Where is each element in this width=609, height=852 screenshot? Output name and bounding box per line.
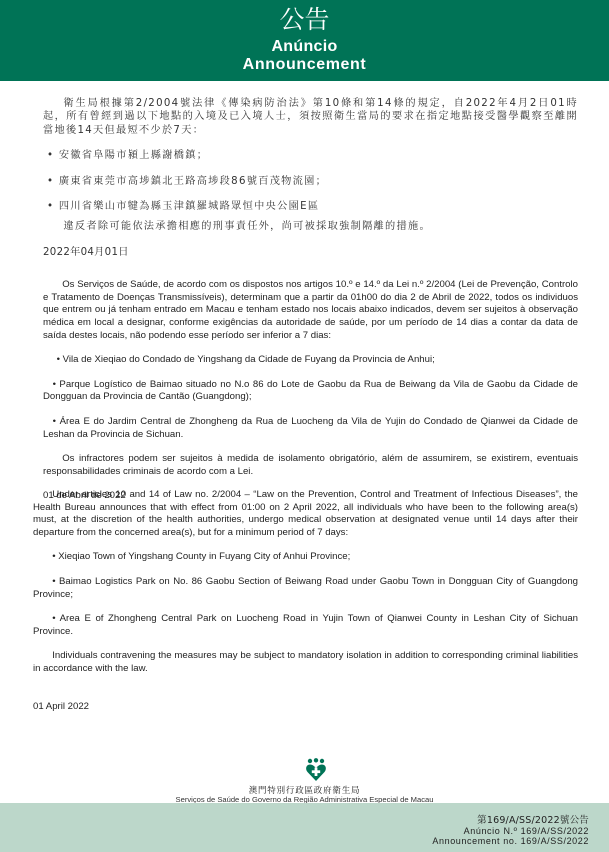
portuguese-location-1: • Vila de Xieqiao do Condado de Yingshan… — [43, 354, 578, 367]
chinese-penalty: 違反者除可能依法承擔相應的刑事責任外，尚可被採取強制隔離的措施。 — [43, 220, 578, 233]
footer-reference-bar: 第169/A/SS/2022號公告 Anúncio N.º 169/A/SS/2… — [0, 803, 609, 852]
english-intro: Under articles 10 and 14 of Law no. 2/20… — [33, 489, 578, 539]
title-portuguese: Anúncio — [0, 38, 609, 56]
english-location-1: • Xieqiao Town of Yingshang County in Fu… — [33, 551, 578, 564]
english-section: Under articles 10 and 14 of Law no. 2/20… — [33, 489, 578, 713]
chinese-section: 衛生局根據第2/2004號法律《傳染病防治法》第10條和第14條的規定，自202… — [43, 97, 578, 503]
announcement-header: 公告 Anúncio Announcement — [0, 0, 609, 81]
reference-number-english: Announcement no. 169/A/SS/2022 — [432, 836, 589, 846]
portuguese-location-3: • Área E do Jardim Central de Zhongheng … — [43, 416, 578, 441]
portuguese-location-2: • Parque Logístico de Baimao situado no … — [43, 379, 578, 404]
chinese-date: 2022年04月01日 — [43, 246, 578, 259]
english-penalty: Individuals contravening the measures ma… — [33, 650, 578, 675]
reference-number-portuguese: Anúncio N.º 169/A/SS/2022 — [464, 826, 589, 836]
chinese-location-2: • 廣東省東莞市高埗鎮北王路高埗段86號百茂物流園； — [43, 175, 578, 188]
chinese-location-3: • 四川省樂山市犍為縣玉津鎮羅城路眾恒中央公園E區 — [43, 200, 578, 213]
english-location-2: • Baimao Logistics Park on No. 86 Gaobu … — [33, 576, 578, 601]
chinese-intro: 衛生局根據第2/2004號法律《傳染病防治法》第10條和第14條的規定，自202… — [43, 97, 578, 137]
title-chinese: 公告 — [0, 6, 609, 34]
chinese-location-1: • 安徽省阜陽市潁上縣謝橋鎮； — [43, 149, 578, 162]
english-location-3: • Area E of Zhongheng Central Park on Lu… — [33, 613, 578, 638]
english-date: 01 April 2022 — [33, 701, 578, 714]
health-bureau-logo-icon — [305, 758, 327, 782]
portuguese-intro: Os Serviços de Saúde, de acordo com os d… — [43, 279, 578, 342]
title-english: Announcement — [0, 56, 609, 74]
reference-number-chinese: 第169/A/SS/2022號公告 — [477, 812, 589, 826]
portuguese-penalty: Os infractores podem ser sujeitos à medi… — [43, 453, 578, 478]
